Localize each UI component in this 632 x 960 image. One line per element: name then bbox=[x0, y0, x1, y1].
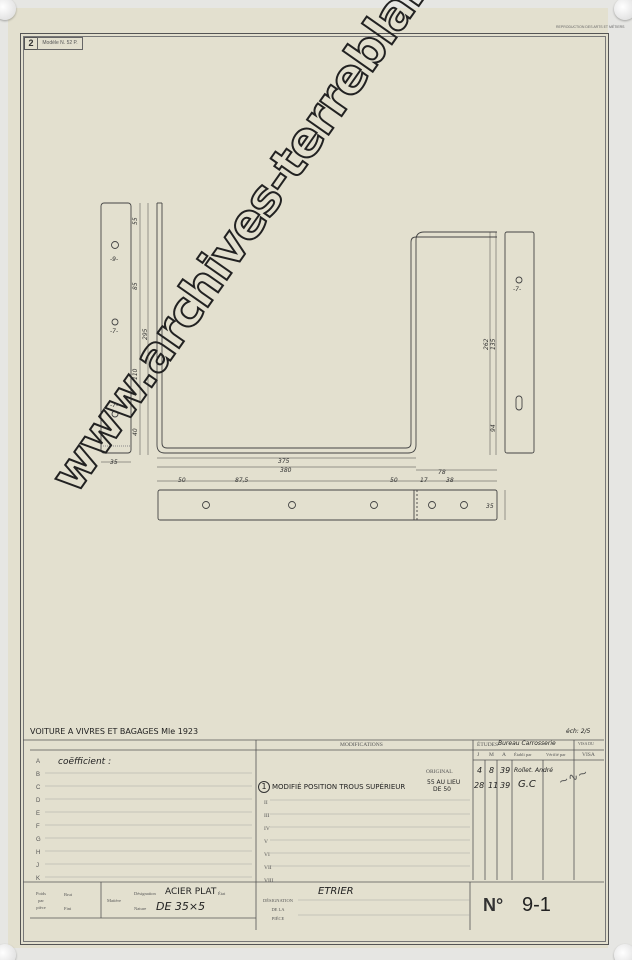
fini-label: Fini bbox=[64, 906, 71, 911]
row-letter: F bbox=[36, 821, 48, 834]
visa-top: VISA DU bbox=[578, 741, 594, 746]
poids-label: Poids par pièce bbox=[34, 890, 48, 911]
mod-1-text: MODIFIÉ POSITION TROUS SUPÉRIEUR bbox=[272, 783, 405, 791]
col-verifie: Vérifié par bbox=[546, 752, 566, 757]
svg-text:38: 38 bbox=[446, 477, 454, 484]
orig-j: 4 bbox=[477, 766, 482, 775]
row-letter: A bbox=[36, 756, 48, 769]
brut-label: Brut bbox=[64, 892, 72, 897]
col-a: A bbox=[502, 752, 506, 758]
matiere-label: Matière bbox=[107, 898, 121, 903]
etudes-service: Bureau Carrosserie bbox=[498, 740, 556, 747]
col-visa: VISA bbox=[582, 752, 595, 758]
scale-label: éch: 2/5 bbox=[566, 728, 590, 735]
svg-text:375: 375 bbox=[278, 458, 290, 465]
mod-1-detail-bottom: DE 50 bbox=[433, 786, 451, 793]
svg-text:50: 50 bbox=[390, 477, 398, 484]
col-etabli: Établi par bbox=[514, 752, 532, 757]
hole-label: -9- bbox=[110, 256, 118, 263]
svg-text:262: 262 bbox=[483, 338, 490, 350]
etat-label: État bbox=[218, 891, 225, 896]
nature-label: Nature bbox=[134, 906, 146, 911]
row-letter: D bbox=[36, 795, 48, 808]
svg-text:-7-: -7- bbox=[513, 286, 521, 293]
designation-value: ACIER PLAT bbox=[165, 887, 216, 897]
svg-text:135: 135 bbox=[490, 338, 497, 350]
mod-1-number: 1 bbox=[258, 781, 270, 793]
mod-1-detail-top: 55 AU LIEU bbox=[427, 779, 460, 786]
original-label: ORIGINAL bbox=[426, 769, 453, 775]
svg-text:78: 78 bbox=[438, 469, 446, 476]
bottom-view-bar bbox=[158, 490, 497, 520]
right-view-bar bbox=[505, 232, 534, 453]
col-m: M bbox=[489, 752, 494, 758]
mod-1-m: 11 bbox=[488, 781, 498, 790]
orig-m: 8 bbox=[489, 766, 494, 775]
svg-text:85: 85 bbox=[132, 282, 139, 290]
mod-1-j: 28 bbox=[474, 781, 484, 790]
number-prefix: N° bbox=[483, 895, 503, 916]
svg-text:94: 94 bbox=[490, 424, 497, 432]
row-letter: C bbox=[36, 782, 48, 795]
svg-text:17: 17 bbox=[420, 477, 428, 484]
nature-value: DE 35×5 bbox=[156, 900, 205, 913]
piece-designation-label: DÉSIGNATION DE LA PIÈCE bbox=[259, 896, 297, 923]
mod-1-etabli: G.C bbox=[518, 779, 536, 790]
col-j: J bbox=[477, 752, 479, 758]
mod-1-a: 39 bbox=[500, 781, 510, 790]
row-letter: E bbox=[36, 808, 48, 821]
etudes-header: ÉTUDES bbox=[477, 742, 498, 748]
svg-text:87,5: 87,5 bbox=[235, 477, 249, 484]
coefficient-text: coëfficient : bbox=[58, 757, 111, 767]
svg-text:35: 35 bbox=[486, 503, 494, 510]
orig-a: 39 bbox=[500, 766, 510, 775]
row-letter: H bbox=[36, 847, 48, 860]
row-letter: J bbox=[36, 860, 48, 873]
designation-label: Désignation bbox=[134, 891, 156, 896]
orig-etabli: Rollet. André bbox=[514, 767, 553, 774]
row-letter: G bbox=[36, 834, 48, 847]
piece-name: ETRIER bbox=[318, 886, 354, 897]
row-letters: A B C D E F G H J K bbox=[36, 756, 48, 886]
svg-text:50: 50 bbox=[178, 477, 186, 484]
row-letter: B bbox=[36, 769, 48, 782]
svg-text:380: 380 bbox=[280, 467, 292, 474]
drawing-number: 9-1 bbox=[522, 894, 551, 917]
svg-text:55: 55 bbox=[132, 217, 139, 225]
roman-rows: II III IV V VI VII VIII bbox=[264, 797, 273, 888]
row-letter: K bbox=[36, 873, 48, 886]
svg-text:-7-: -7- bbox=[110, 328, 118, 335]
modifications-header: MODIFICATIONS bbox=[340, 742, 383, 748]
vehicle-title: VOITURE A VIVRES ET BAGAGES Mle 1923 bbox=[30, 727, 198, 736]
